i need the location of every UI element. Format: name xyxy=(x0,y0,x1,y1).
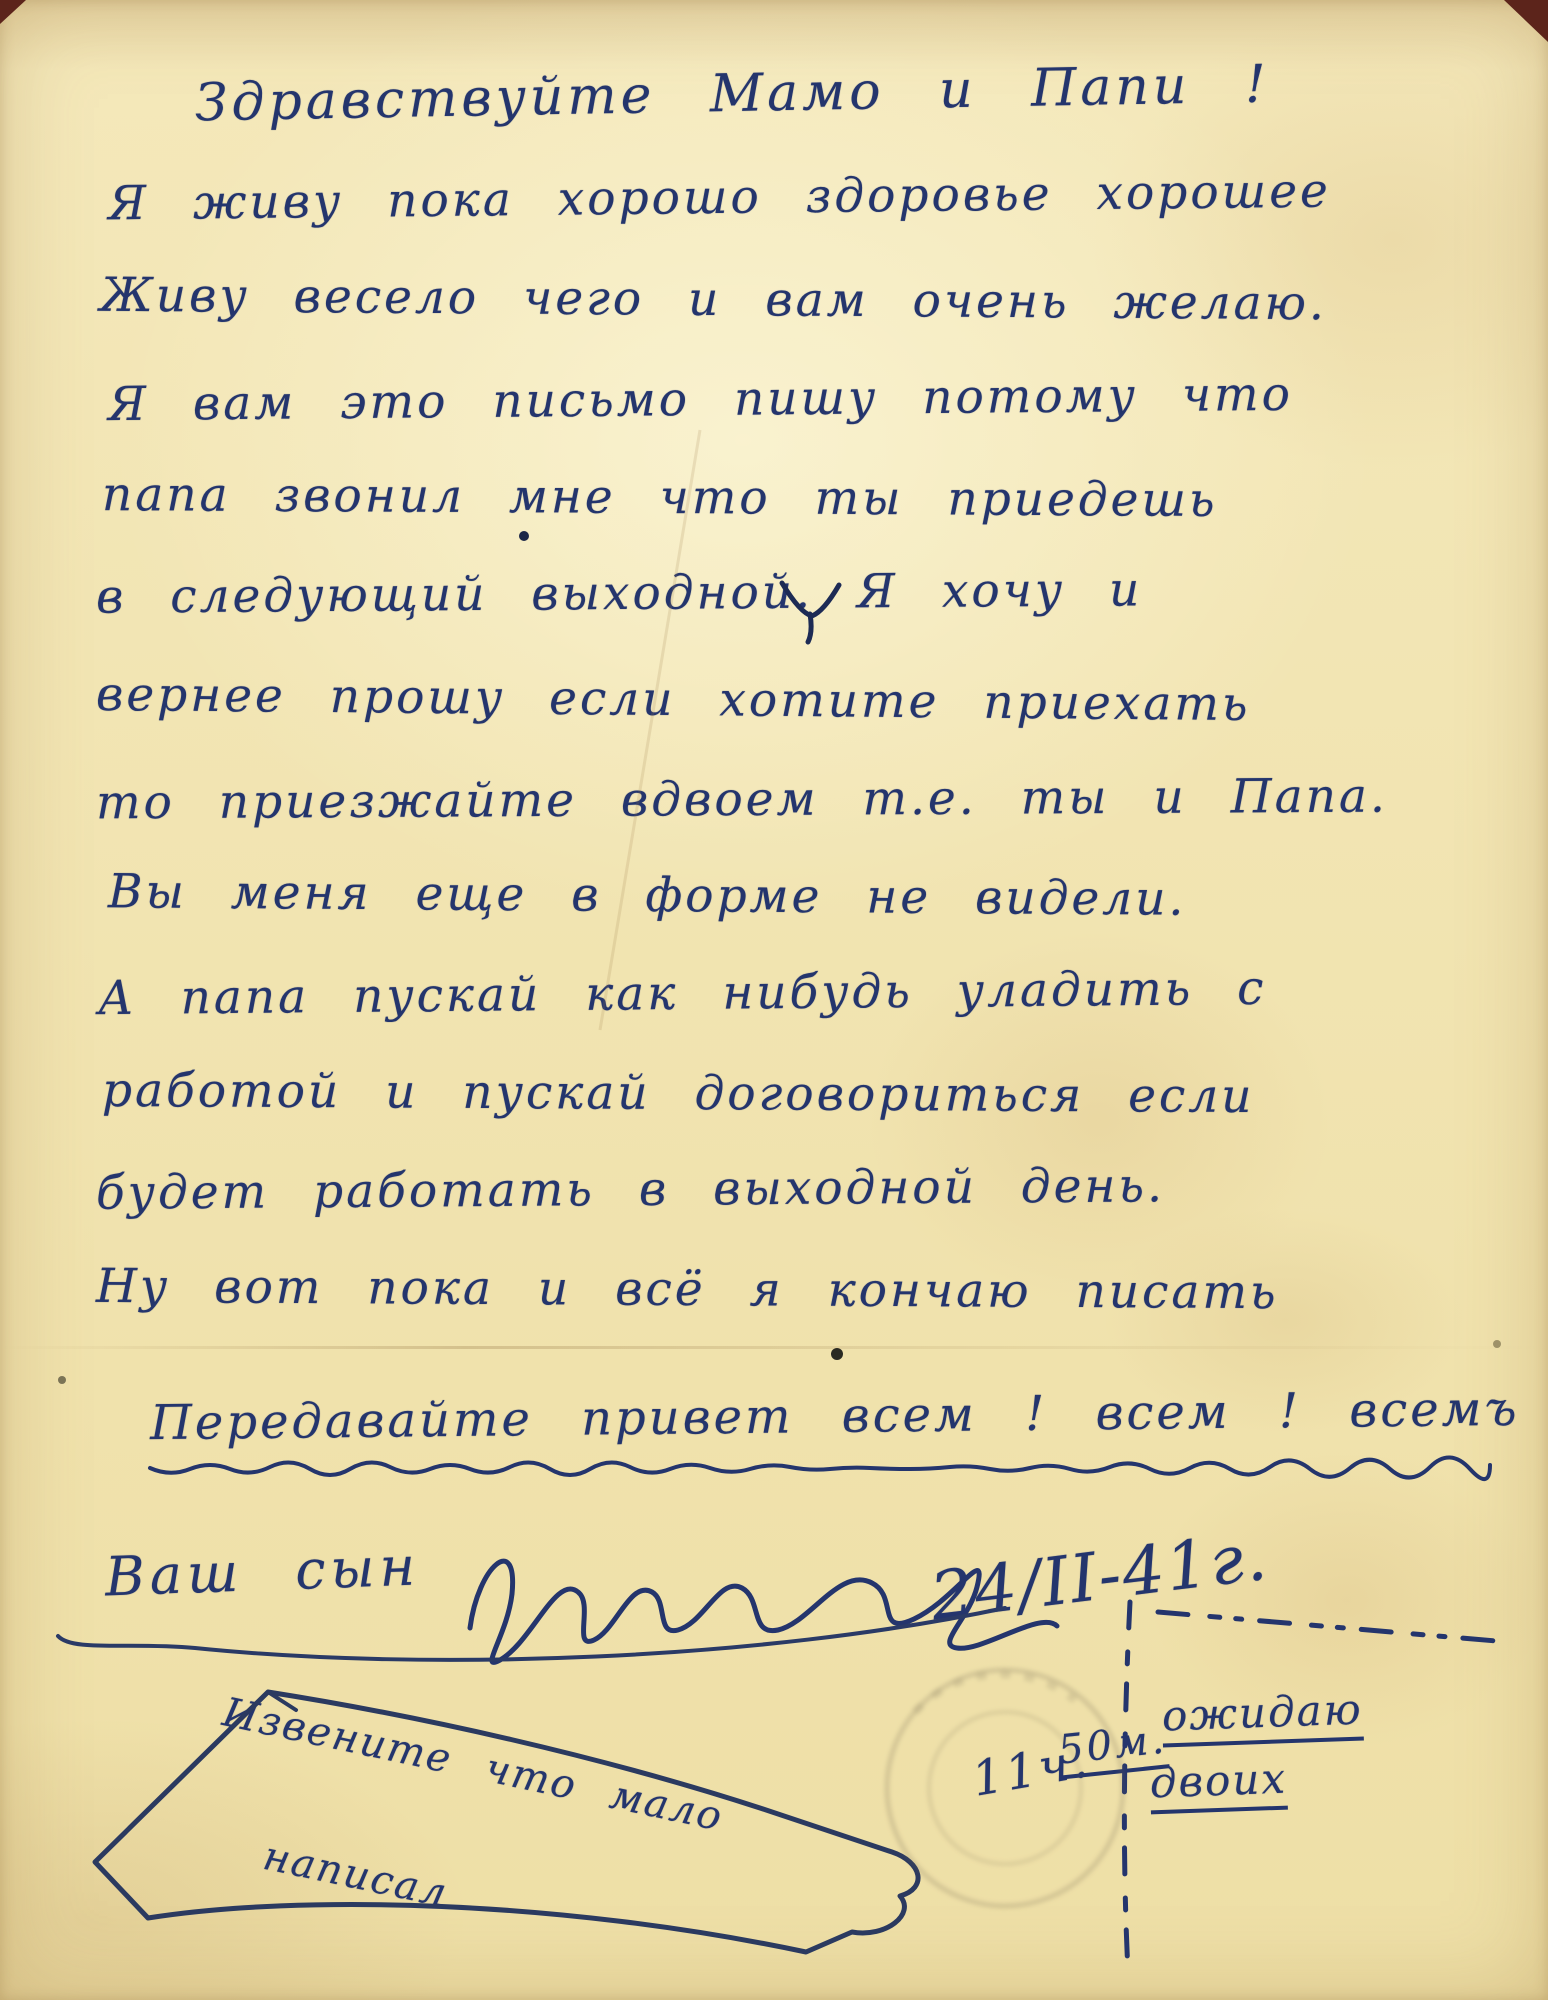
signature-flourish xyxy=(470,1561,1057,1662)
farewell-wavy-underline xyxy=(150,1457,1490,1479)
ink-check-mark xyxy=(782,583,839,642)
ink-speck xyxy=(1493,1340,1501,1348)
postmark-stamp xyxy=(887,1670,1123,1906)
letter-scan: Здравствуйте Мамо и Папи ! Я живу пока х… xyxy=(0,0,1548,2000)
ink-speck xyxy=(831,1348,843,1360)
diagonal-crease xyxy=(600,430,700,1030)
ink-speck xyxy=(58,1376,66,1384)
boxed-note-outline xyxy=(95,1692,918,1952)
date-dashed-line xyxy=(1158,1612,1508,1642)
ink-speck xyxy=(519,531,529,541)
ink-decorations xyxy=(0,0,1548,2000)
signature-underline-sweep xyxy=(58,1608,1005,1660)
